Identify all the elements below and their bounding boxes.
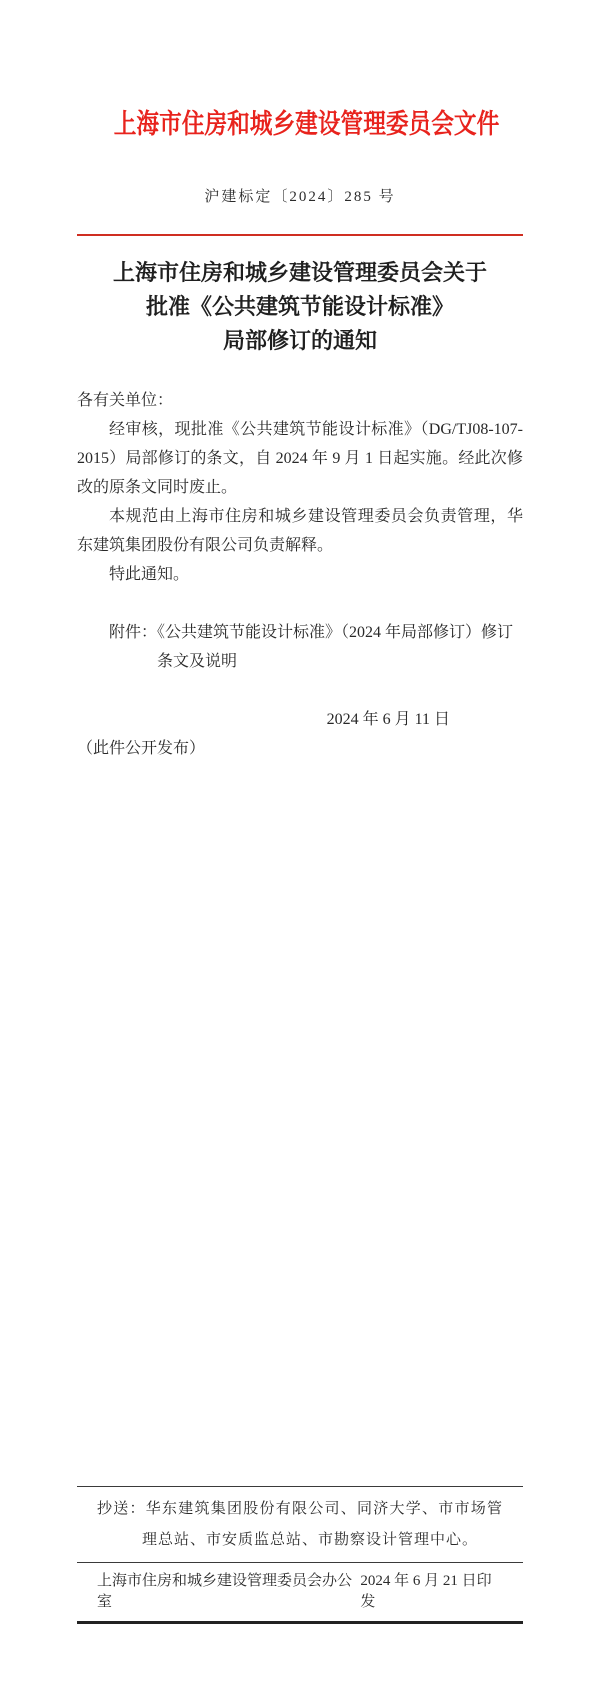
document-title: 上海市住房和城乡建设管理委员会关于 批准《公共建筑节能设计标准》 局部修订的通知: [77, 256, 523, 358]
letterhead-title: 上海市住房和城乡建设管理委员会文件: [114, 106, 500, 142]
cc-label: 抄送：: [97, 1501, 146, 1517]
attachment-title-line-1: 《公共建筑节能设计标准》（2024 年局部修订）修订: [157, 624, 513, 641]
official-document-page: 上海市住房和城乡建设管理委员会文件 沪建标定〔2024〕285 号 上海市住房和…: [0, 0, 600, 1696]
paragraph-approval: 经审核，现批准《公共建筑节能设计标准》（DG/TJ08-107-2015）局部修…: [77, 415, 523, 502]
salutation: 各有关单位：: [77, 386, 523, 415]
document-number: 沪建标定〔2024〕285 号: [77, 186, 523, 208]
issue-date: 2024 年 6 月 11 日: [77, 705, 523, 734]
attachment-title-line-2: 条文及说明: [157, 647, 523, 676]
document-footer: 抄送：华东建筑集团股份有限公司、同济大学、市市场管理总站、市安质监总站、市勘察设…: [77, 1486, 523, 1624]
red-divider-rule: [77, 234, 523, 236]
document-body: 各有关单位： 经审核，现批准《公共建筑节能设计标准》（DG/TJ08-107-2…: [77, 386, 523, 763]
print-date: 2024 年 6 月 21 日印发: [360, 1571, 503, 1613]
paragraph-notice: 特此通知。: [77, 560, 523, 589]
cc-block: 抄送：华东建筑集团股份有限公司、同济大学、市市场管理总站、市安质监总站、市勘察设…: [77, 1487, 523, 1563]
document-content: 上海市住房和城乡建设管理委员会文件 沪建标定〔2024〕285 号 上海市住房和…: [0, 0, 600, 763]
paragraph-management: 本规范由上海市住房和城乡建设管理委员会负责管理，华东建筑集团股份有限公司负责解释…: [77, 502, 523, 560]
document-title-line-3: 局部修订的通知: [77, 324, 523, 358]
document-title-line-1: 上海市住房和城乡建设管理委员会关于: [77, 256, 523, 290]
public-release-note: （此件公开发布）: [77, 734, 523, 763]
document-title-line-2: 批准《公共建筑节能设计标准》: [77, 290, 523, 324]
attachment-label: 附件：: [109, 624, 157, 641]
cc-recipients: 华东建筑集团股份有限公司、同济大学、市市场管理总站、市安质监总站、市勘察设计管理…: [142, 1501, 503, 1548]
issuing-office: 上海市住房和城乡建设管理委员会办公室: [97, 1571, 360, 1613]
attachment-block: 附件：《公共建筑节能设计标准》（2024 年局部修订）修订 条文及说明: [77, 618, 523, 676]
issuing-office-row: 上海市住房和城乡建设管理委员会办公室 2024 年 6 月 21 日印发: [77, 1563, 523, 1624]
document-letterhead: 上海市住房和城乡建设管理委员会文件: [77, 0, 523, 142]
